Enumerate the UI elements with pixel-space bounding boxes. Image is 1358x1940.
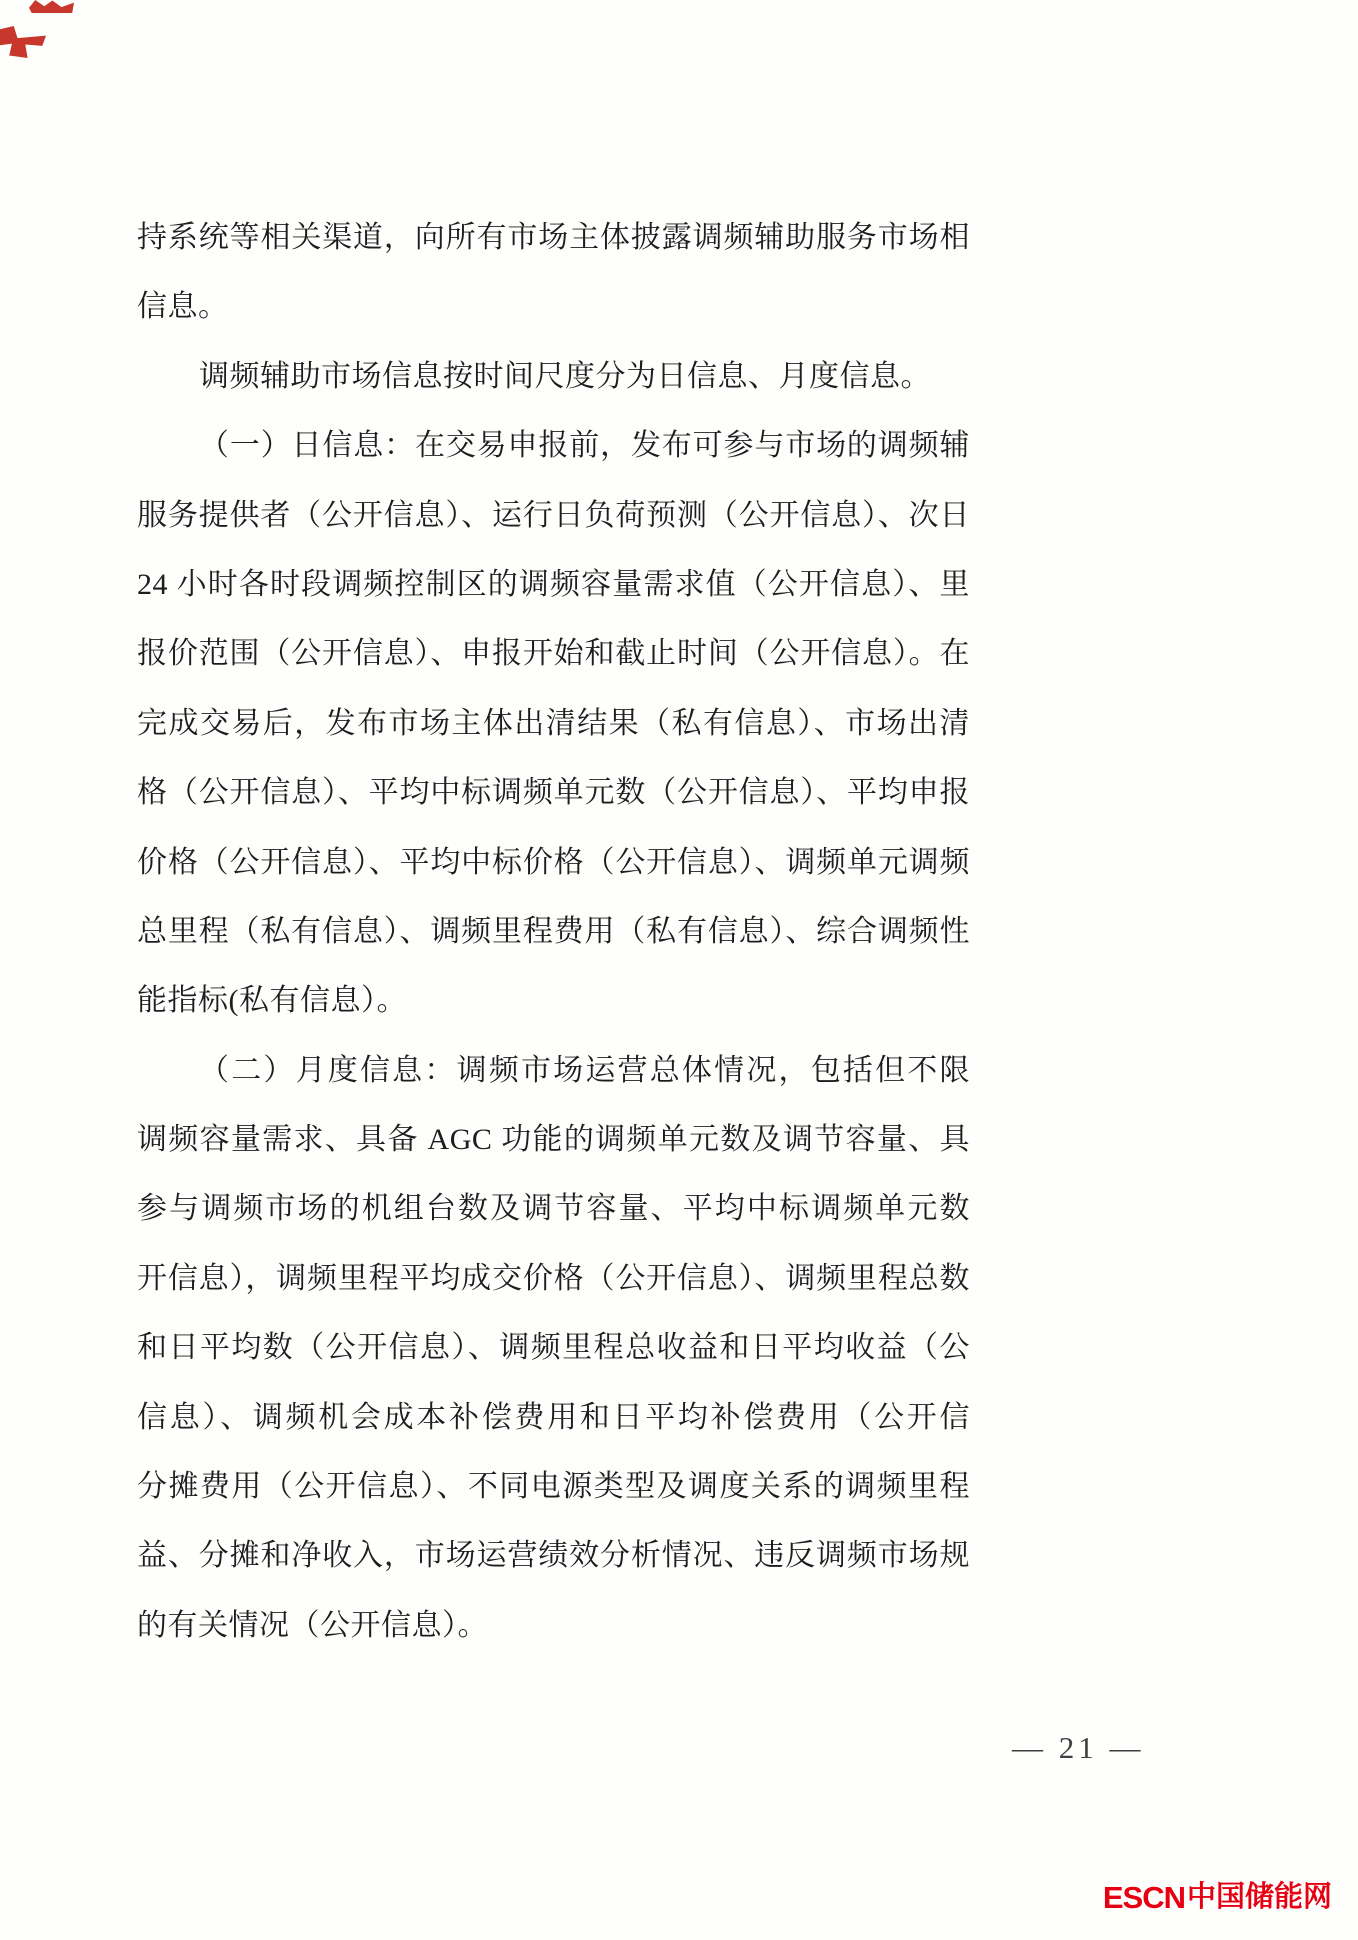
text-line: 参与调频市场的机组台数及调节容量、平均中标调频单元数（公 xyxy=(137,1174,970,1243)
text-line: 益、分摊和净收入，市场运营绩效分析情况、违反调频市场规则 xyxy=(137,1521,970,1590)
text-line: 服务提供者（公开信息）、运行日负荷预测（公开信息）、次日 xyxy=(137,481,970,550)
document-page: 持系统等相关渠道，向所有市场主体披露调频辅助服务市场相关信息。调频辅助市场信息按… xyxy=(0,0,1358,1940)
text-line: 24 小时各时段调频控制区的调频容量需求值（公开信息）、里程 xyxy=(137,550,970,619)
text-line: 总里程（私有信息）、调频里程费用（私有信息）、综合调频性 xyxy=(137,897,970,966)
escn-logo-latin: ESCN xyxy=(1103,1882,1185,1913)
text-line: （二）月度信息：调频市场运营总体情况，包括但不限于: xyxy=(137,1036,970,1105)
red-stamp-fragment xyxy=(0,26,46,58)
escn-logo: ESCN 中国储能网 xyxy=(1103,1882,1332,1913)
text-line: 报价范围（公开信息）、申报开始和截止时间（公开信息）。在 xyxy=(137,619,970,688)
red-stamp-fragment xyxy=(29,0,74,13)
text-line: 开信息），调频里程平均成交价格（公开信息）、调频里程总数 xyxy=(137,1244,970,1313)
page-number: — 21 — xyxy=(1012,1730,1145,1766)
text-line: 分摊费用（公开信息）、不同电源类型及调度关系的调频里程收 xyxy=(137,1452,970,1521)
document-body: 持系统等相关渠道，向所有市场主体披露调频辅助服务市场相关信息。调频辅助市场信息按… xyxy=(137,203,970,1660)
text-line: 调频容量需求、具备 AGC 功能的调频单元数及调节容量、具备 xyxy=(137,1105,970,1174)
text-line: 和日平均数（公开信息）、调频里程总收益和日平均收益（公开 xyxy=(137,1313,970,1382)
text-line: 调频辅助市场信息按时间尺度分为日信息、月度信息。 xyxy=(137,342,970,411)
text-line: 信息）、调频机会成本补偿费用和日平均补偿费用（公开信息）、 xyxy=(137,1383,970,1452)
text-line: （一）日信息：在交易申报前，发布可参与市场的调频辅助 xyxy=(137,411,970,480)
text-line: 的有关情况（公开信息）。 xyxy=(137,1591,970,1660)
text-line: 持系统等相关渠道，向所有市场主体披露调频辅助服务市场相关 xyxy=(137,203,970,272)
text-line: 价格（公开信息）、平均中标价格（公开信息）、调频单元调频 xyxy=(137,828,970,897)
text-line: 信息。 xyxy=(137,272,970,341)
escn-logo-site-name: 中国储能网 xyxy=(1187,1883,1332,1912)
text-line: 格（公开信息）、平均中标调频单元数（公开信息）、平均申报 xyxy=(137,758,970,827)
text-line: 完成交易后，发布市场主体出清结果（私有信息）、市场出清价 xyxy=(137,689,970,758)
text-line: 能指标(私有信息）。 xyxy=(137,966,970,1035)
